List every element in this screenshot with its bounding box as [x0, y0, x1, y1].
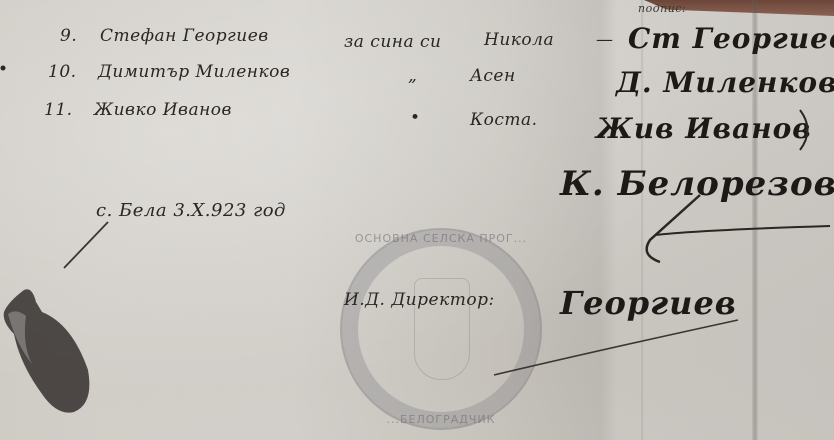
- ink-blot: [2, 284, 92, 414]
- ink-strokes: [0, 0, 834, 440]
- document-page: подпис: 9. Стефан Георгиев за сина си Ни…: [0, 0, 834, 440]
